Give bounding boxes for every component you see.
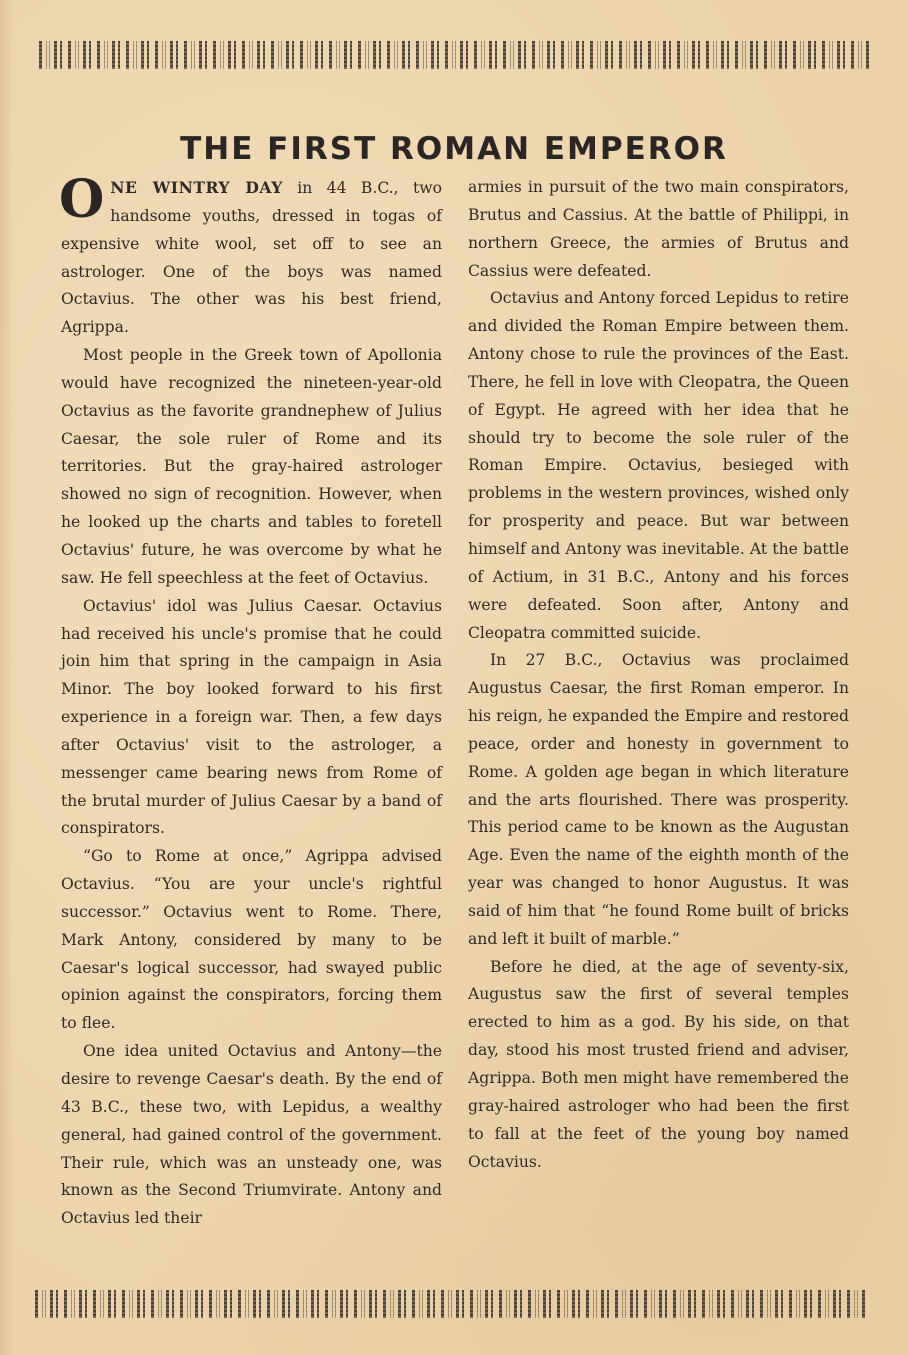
paragraph: Most people in the Greek town of Apollon… [61, 342, 442, 593]
paragraph: In 27 B.C., Octavius was proclaimed Augu… [468, 647, 849, 953]
paragraph: armies in pursuit of the two main conspi… [468, 174, 849, 285]
right-column: armies in pursuit of the two main conspi… [468, 174, 849, 1233]
bottom-decorative-border [32, 1289, 868, 1319]
paragraph-text: in 44 B.C., two handsome youths, dressed… [61, 179, 442, 336]
drop-cap: O [59, 178, 104, 222]
paragraph: Octavius and Antony forced Lepidus to re… [468, 285, 849, 647]
lead-in: NE WINTRY DAY [110, 178, 283, 197]
article-body: ONE WINTRY DAY in 44 B.C., two handsome … [61, 174, 849, 1233]
paragraph: One idea united Octavius and Antony—the … [61, 1038, 442, 1233]
top-decorative-border [36, 40, 872, 70]
page-title: THE FIRST ROMAN EMPEROR [0, 131, 908, 167]
x-pattern-ornament [32, 1290, 868, 1318]
left-column: ONE WINTRY DAY in 44 B.C., two handsome … [61, 174, 442, 1233]
paragraph: ONE WINTRY DAY in 44 B.C., two handsome … [61, 174, 442, 342]
paragraph: Before he died, at the age of seventy-si… [468, 954, 849, 1177]
paragraph: “Go to Rome at once,” Agrippa advised Oc… [61, 843, 442, 1038]
x-pattern-ornament [36, 41, 872, 69]
paragraph: Octavius' idol was Julius Caesar. Octavi… [61, 593, 442, 844]
